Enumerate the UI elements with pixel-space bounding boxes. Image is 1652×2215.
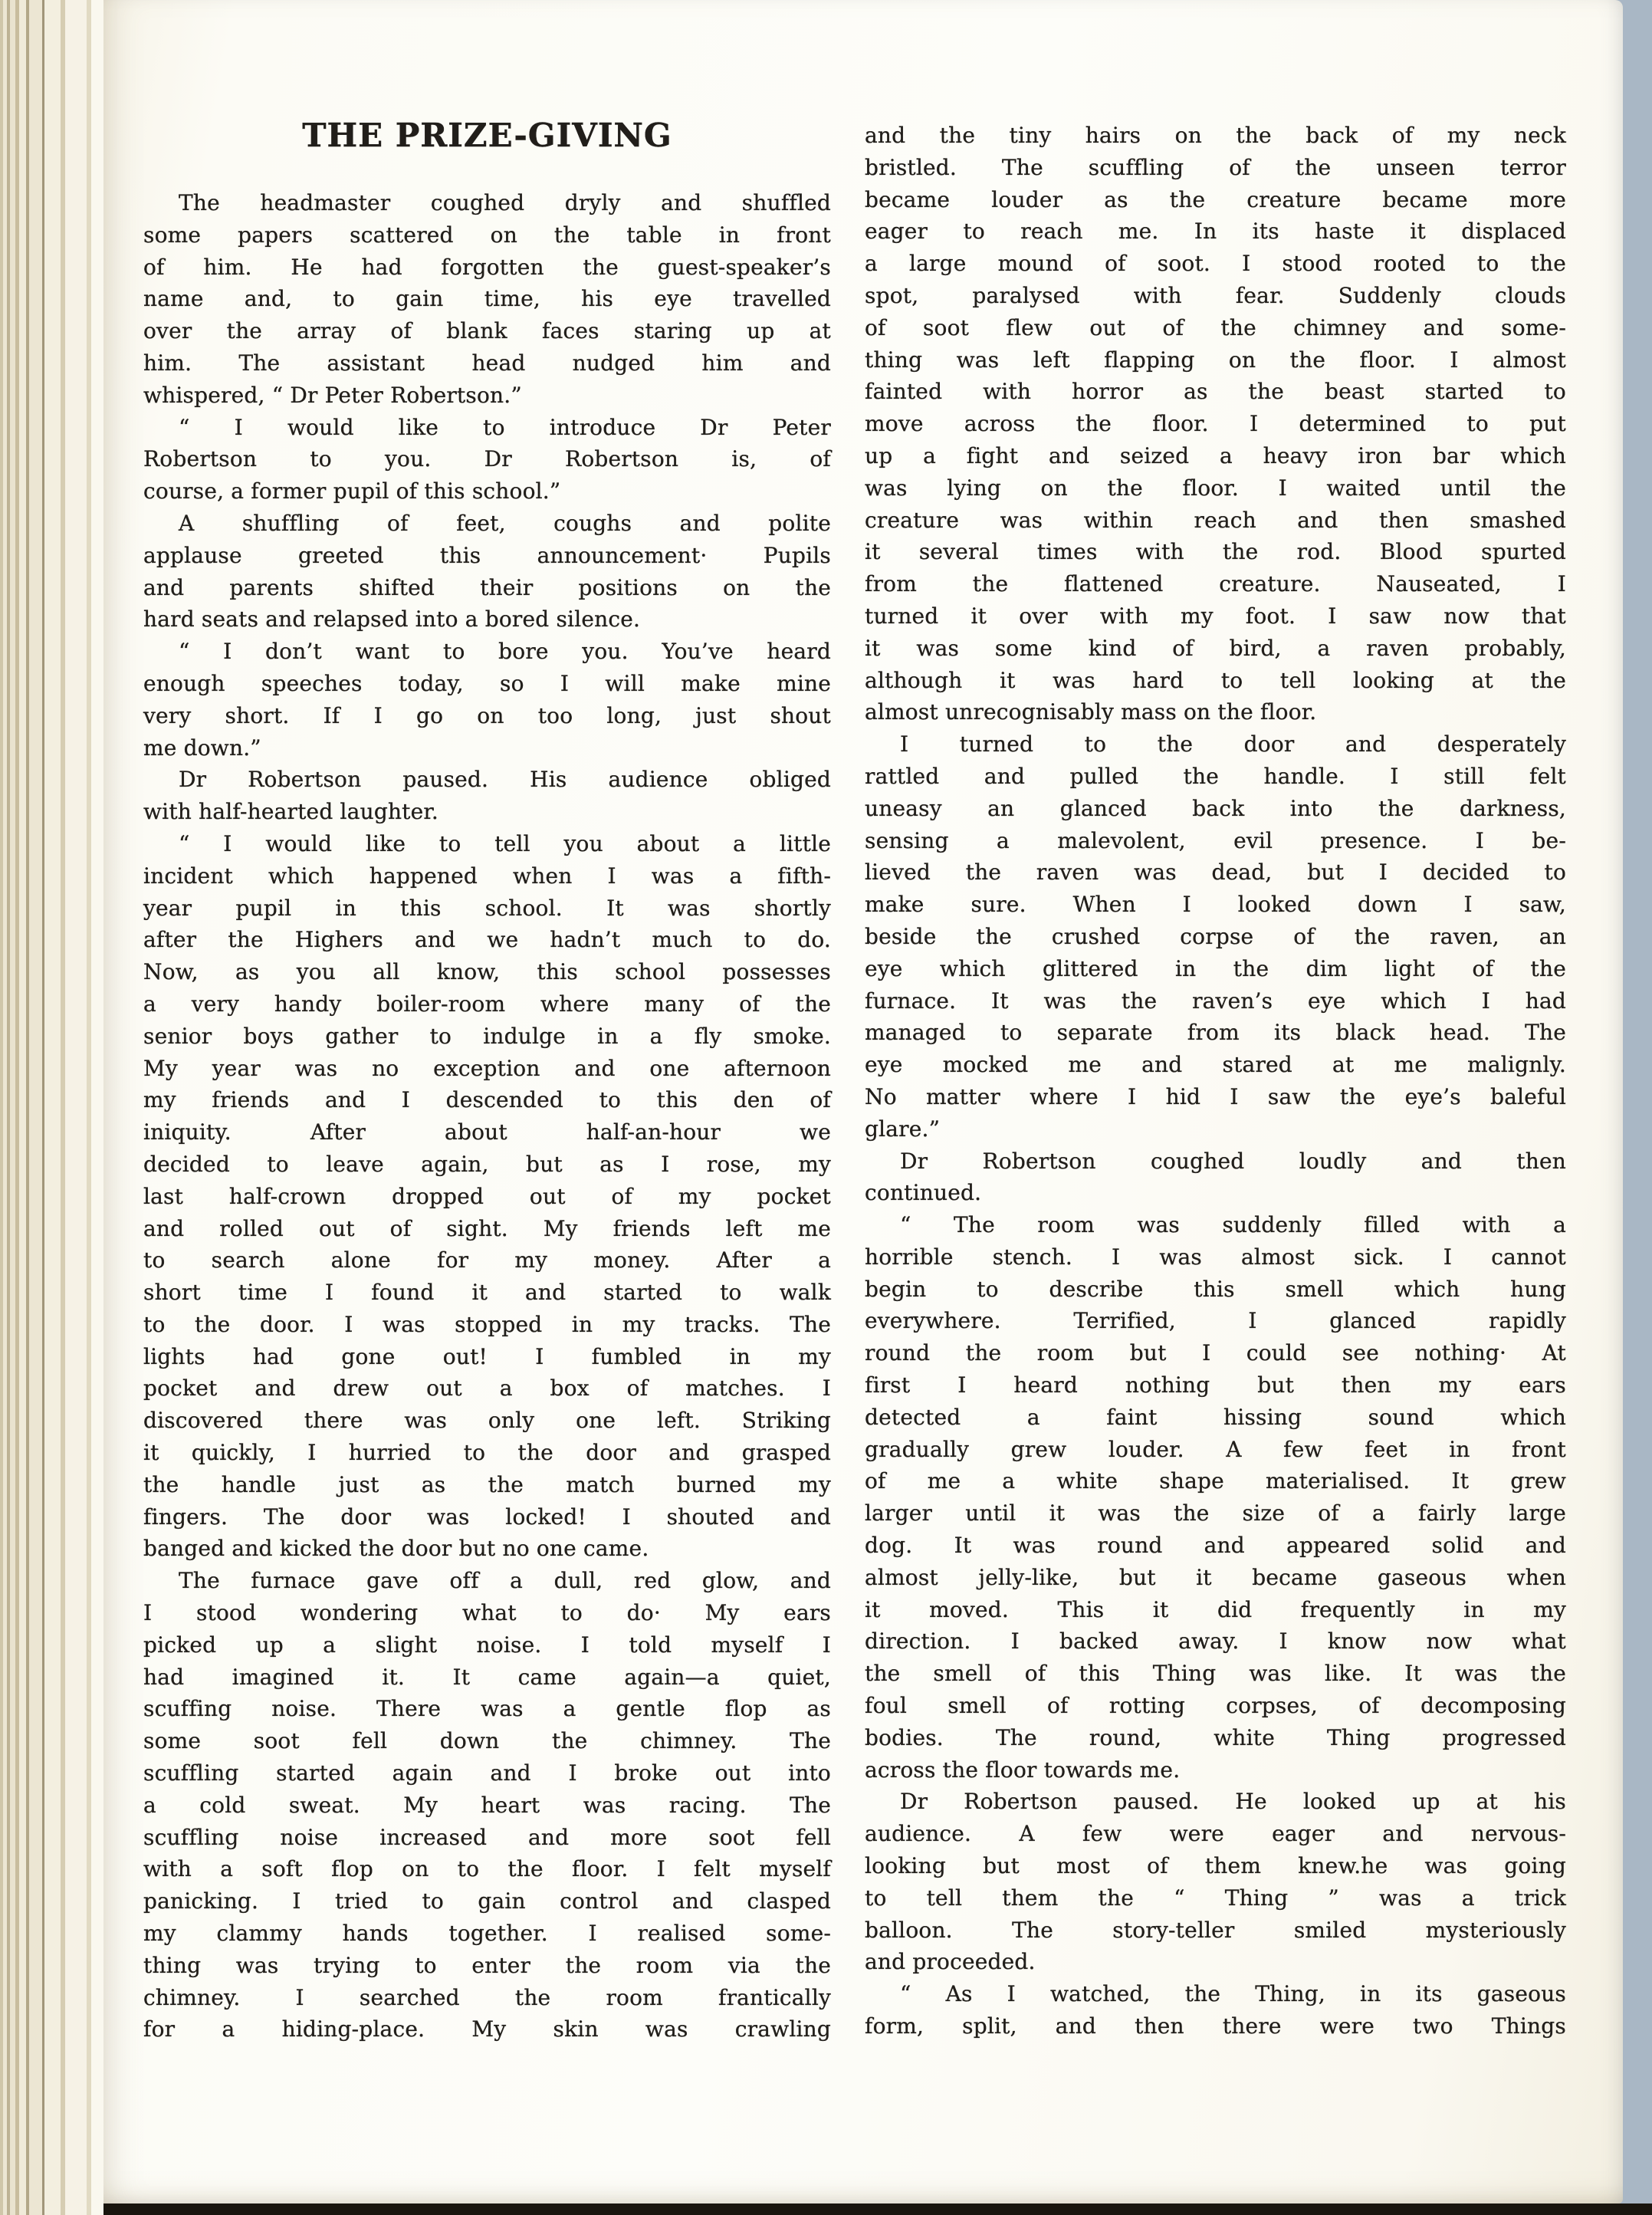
text-line: my clammy hands together. I realised som… bbox=[143, 1918, 831, 1950]
text-line: No matter where I hid I saw the eye’s ba… bbox=[865, 1081, 1566, 1113]
text-line: lights had gone out! I fumbled in my bbox=[143, 1341, 831, 1373]
text-line: name and, to gain time, his eye travelle… bbox=[143, 283, 831, 315]
text-line: larger until it was the size of a fairly… bbox=[865, 1497, 1566, 1530]
text-line: balloon. The story-teller smiled mysteri… bbox=[865, 1914, 1566, 1947]
text-line: it quickly, I hurried to the door and gr… bbox=[143, 1437, 831, 1469]
paragraph: A shuffling of feet, coughs and politeap… bbox=[143, 508, 831, 636]
text-line: decided to leave again, but as I rose, m… bbox=[143, 1149, 831, 1181]
text-line: scuffling noise increased and more soot … bbox=[143, 1822, 831, 1854]
text-line: discovered there was only one left. Stri… bbox=[143, 1405, 831, 1437]
text-line: course, a former pupil of this school.” bbox=[143, 475, 831, 508]
left-column-body: The headmaster coughed dryly and shuffle… bbox=[143, 187, 831, 2046]
text-line: banged and kicked the door but no one ca… bbox=[143, 1533, 831, 1565]
text-line: had imagined it. It came again—a quiet, bbox=[143, 1661, 831, 1694]
text-line: a large mound of soot. I stood rooted to… bbox=[865, 248, 1566, 280]
text-line: with half-hearted laughter. bbox=[143, 796, 831, 828]
text-line: it moved. This it did frequently in my bbox=[865, 1594, 1566, 1626]
text-line: sensing a malevolent, evil presence. I b… bbox=[865, 825, 1566, 857]
text-line: chimney. I searched the room frantically bbox=[143, 1982, 831, 2014]
text-line: senior boys gather to indulge in a fly s… bbox=[143, 1020, 831, 1053]
text-line: and rolled out of sight. My friends left… bbox=[143, 1213, 831, 1245]
paragraph: Dr Robertson paused. He looked up at his… bbox=[865, 1786, 1566, 1978]
text-line: everywhere. Terrified, I glanced rapidly bbox=[865, 1305, 1566, 1337]
text-line: to tell them the “ Thing ” was a trick bbox=[865, 1882, 1566, 1914]
paragraph: Dr Robertson coughed loudly and thencont… bbox=[865, 1145, 1566, 1210]
book-page: THE PRIZE-GIVING The headmaster coughed … bbox=[103, 0, 1623, 2203]
text-line: hard seats and relapsed into a bored sil… bbox=[143, 603, 831, 636]
text-line: the smell of this Thing was like. It was… bbox=[865, 1658, 1566, 1690]
text-line: became louder as the creature became mor… bbox=[865, 184, 1566, 216]
text-line: year pupil in this school. It was shortl… bbox=[143, 892, 831, 925]
text-line: “ I don’t want to bore you. You’ve heard bbox=[143, 636, 831, 668]
text-line: across the floor towards me. bbox=[865, 1754, 1566, 1786]
text-line: fingers. The door was locked! I shouted … bbox=[143, 1501, 831, 1533]
text-line: whispered, “ Dr Peter Robertson.” bbox=[143, 380, 831, 412]
text-line: scuffling started again and I broke out … bbox=[143, 1757, 831, 1789]
text-line: horrible stench. I was almost sick. I ca… bbox=[865, 1241, 1566, 1273]
text-line: over the array of blank faces staring up… bbox=[143, 315, 831, 347]
text-line: move across the floor. I determined to p… bbox=[865, 408, 1566, 440]
text-line: managed to separate from its black head.… bbox=[865, 1017, 1566, 1049]
text-line: a cold sweat. My heart was racing. The bbox=[143, 1789, 831, 1822]
text-line: pocket and drew out a box of matches. I bbox=[143, 1372, 831, 1405]
text-line: scuffing noise. There was a gentle flop … bbox=[143, 1693, 831, 1725]
text-line: picked up a slight noise. I told myself … bbox=[143, 1629, 831, 1661]
text-line: creature was within reach and then smash… bbox=[865, 504, 1566, 537]
text-line: for a hiding-place. My skin was crawling bbox=[143, 2013, 831, 2046]
paragraph: “ The room was suddenly filled with ahor… bbox=[865, 1209, 1566, 1786]
text-line: lieved the raven was dead, but I decided… bbox=[865, 856, 1566, 889]
text-line: “ I would like to introduce Dr Peter bbox=[143, 412, 831, 444]
text-line: I turned to the door and desperately bbox=[865, 728, 1566, 761]
paragraph: “ I would like to introduce Dr PeterRobe… bbox=[143, 412, 831, 508]
paragraph: “ As I watched, the Thing, in its gaseou… bbox=[865, 1978, 1566, 2042]
text-line: form, split, and then there were two Thi… bbox=[865, 2010, 1566, 2042]
text-line: eye which glittered in the dim light of … bbox=[865, 953, 1566, 985]
text-line: I stood wondering what to do· My ears bbox=[143, 1597, 831, 1629]
text-line: uneasy an glanced back into the darkness… bbox=[865, 793, 1566, 825]
text-line: audience. A few were eager and nervous- bbox=[865, 1818, 1566, 1850]
text-line: and parents shifted their positions on t… bbox=[143, 572, 831, 604]
right-column-body: and the tiny hairs on the back of my nec… bbox=[865, 120, 1566, 2042]
text-line: thing was left flapping on the floor. I … bbox=[865, 344, 1566, 376]
text-line: glare.” bbox=[865, 1113, 1566, 1145]
text-line: applause greeted this announcement· Pupi… bbox=[143, 540, 831, 572]
paragraph: “ I would like to tell you about a littl… bbox=[143, 828, 831, 1565]
text-line: to the door. I was stopped in my tracks.… bbox=[143, 1309, 831, 1341]
text-line: of him. He had forgotten the guest-speak… bbox=[143, 251, 831, 284]
text-line: me down.” bbox=[143, 732, 831, 764]
text-line: it several times with the rod. Blood spu… bbox=[865, 536, 1566, 568]
text-line: “ I would like to tell you about a littl… bbox=[143, 828, 831, 860]
text-line: bristled. The scuffling of the unseen te… bbox=[865, 152, 1566, 184]
text-line: last half-crown dropped out of my pocket bbox=[143, 1181, 831, 1213]
text-line: although it was hard to tell looking at … bbox=[865, 665, 1566, 697]
text-line: gradually grew louder. A few feet in fro… bbox=[865, 1434, 1566, 1466]
text-line: and the tiny hairs on the back of my nec… bbox=[865, 120, 1566, 152]
book-binding-edge bbox=[0, 0, 103, 2215]
text-line: My year was no exception and one afterno… bbox=[143, 1053, 831, 1085]
text-line: round the room but I could see nothing· … bbox=[865, 1337, 1566, 1369]
text-line: incident which happened when I was a fif… bbox=[143, 860, 831, 892]
text-line: turned it over with my foot. I saw now t… bbox=[865, 600, 1566, 633]
text-line: my friends and I descended to this den o… bbox=[143, 1084, 831, 1116]
text-line: with a soft flop on to the floor. I felt… bbox=[143, 1853, 831, 1885]
text-line: Dr Robertson coughed loudly and then bbox=[865, 1145, 1566, 1178]
text-line: Now, as you all know, this school posses… bbox=[143, 956, 831, 988]
text-line: almost unrecognisably mass on the floor. bbox=[865, 696, 1566, 728]
page-bottom-shadow bbox=[103, 2203, 1652, 2215]
text-line: The headmaster coughed dryly and shuffle… bbox=[143, 187, 831, 219]
text-line: thing was trying to enter the room via t… bbox=[143, 1950, 831, 1982]
text-line: enough speeches today, so I will make mi… bbox=[143, 668, 831, 700]
text-line: bodies. The round, white Thing progresse… bbox=[865, 1722, 1566, 1754]
text-line: “ As I watched, the Thing, in its gaseou… bbox=[865, 1978, 1566, 2010]
text-line: the handle just as the match burned my bbox=[143, 1469, 831, 1501]
text-line: of soot flew out of the chimney and some… bbox=[865, 312, 1566, 344]
text-line: a very handy boiler-room where many of t… bbox=[143, 988, 831, 1020]
text-line: up a fight and seized a heavy iron bar w… bbox=[865, 440, 1566, 472]
text-line: iniquity. After about half-an-hour we bbox=[143, 1116, 831, 1149]
text-line: and proceeded. bbox=[865, 1946, 1566, 1978]
text-line: dog. It was round and appeared solid and bbox=[865, 1530, 1566, 1562]
right-column: and the tiny hairs on the back of my nec… bbox=[865, 120, 1566, 2046]
text-line: detected a faint hissing sound which bbox=[865, 1402, 1566, 1434]
paragraph: Dr Robertson paused. His audience oblige… bbox=[143, 764, 831, 828]
text-line: was lying on the floor. I waited until t… bbox=[865, 472, 1566, 504]
text-line: it was some kind of bird, a raven probab… bbox=[865, 633, 1566, 665]
paragraph: The furnace gave off a dull, red glow, a… bbox=[143, 1565, 831, 2046]
left-column: THE PRIZE-GIVING The headmaster coughed … bbox=[143, 120, 831, 2046]
text-line: A shuffling of feet, coughs and polite bbox=[143, 508, 831, 540]
text-line: fainted with horror as the beast started… bbox=[865, 376, 1566, 408]
text-line: almost jelly-like, but it became gaseous… bbox=[865, 1562, 1566, 1594]
text-line: of me a white shape materialised. It gre… bbox=[865, 1465, 1566, 1497]
text-line: Robertson to you. Dr Robertson is, of bbox=[143, 443, 831, 475]
paragraph: The headmaster coughed dryly and shuffle… bbox=[143, 187, 831, 412]
article-title: THE PRIZE-GIVING bbox=[143, 120, 831, 152]
text-line: eye mocked me and stared at me malignly. bbox=[865, 1049, 1566, 1081]
text-line: continued. bbox=[865, 1177, 1566, 1209]
text-line: some papers scattered on the table in fr… bbox=[143, 219, 831, 251]
text-line: to search alone for my money. After a bbox=[143, 1244, 831, 1277]
text-line: first I heard nothing but then my ears bbox=[865, 1369, 1566, 1402]
text-line: after the Highers and we hadn’t much to … bbox=[143, 924, 831, 956]
text-line: from the flattened creature. Nauseated, … bbox=[865, 568, 1566, 600]
text-line: spot, paralysed with fear. Suddenly clou… bbox=[865, 280, 1566, 312]
text-line: Dr Robertson paused. He looked up at his bbox=[865, 1786, 1566, 1818]
text-line: looking but most of them knew.he was goi… bbox=[865, 1850, 1566, 1882]
paragraph: and the tiny hairs on the back of my nec… bbox=[865, 120, 1566, 728]
text-line: direction. I backed away. I know now wha… bbox=[865, 1625, 1566, 1658]
text-line: some soot fell down the chimney. The bbox=[143, 1725, 831, 1757]
text-line: short time I found it and started to wal… bbox=[143, 1277, 831, 1309]
text-line: eager to reach me. In its haste it displ… bbox=[865, 215, 1566, 248]
text-line: foul smell of rotting corpses, of decomp… bbox=[865, 1690, 1566, 1722]
text-line: panicking. I tried to gain control and c… bbox=[143, 1885, 831, 1918]
text-line: The furnace gave off a dull, red glow, a… bbox=[143, 1565, 831, 1597]
text-line: rattled and pulled the handle. I still f… bbox=[865, 761, 1566, 793]
text-line: “ The room was suddenly filled with a bbox=[865, 1209, 1566, 1241]
text-line: very short. If I go on too long, just sh… bbox=[143, 700, 831, 732]
text-line: begin to describe this smell which hung bbox=[865, 1273, 1566, 1306]
text-line: him. The assistant head nudged him and bbox=[143, 347, 831, 380]
paragraph: I turned to the door and desperatelyratt… bbox=[865, 728, 1566, 1145]
text-line: beside the crushed corpse of the raven, … bbox=[865, 921, 1566, 953]
photo-background: THE PRIZE-GIVING The headmaster coughed … bbox=[0, 0, 1652, 2215]
text-line: furnace. It was the raven’s eye which I … bbox=[865, 985, 1566, 1017]
paragraph: “ I don’t want to bore you. You’ve heard… bbox=[143, 636, 831, 764]
text-line: Dr Robertson paused. His audience oblige… bbox=[143, 764, 831, 796]
page-columns: THE PRIZE-GIVING The headmaster coughed … bbox=[103, 0, 1623, 2046]
text-line: make sure. When I looked down I saw, bbox=[865, 889, 1566, 921]
